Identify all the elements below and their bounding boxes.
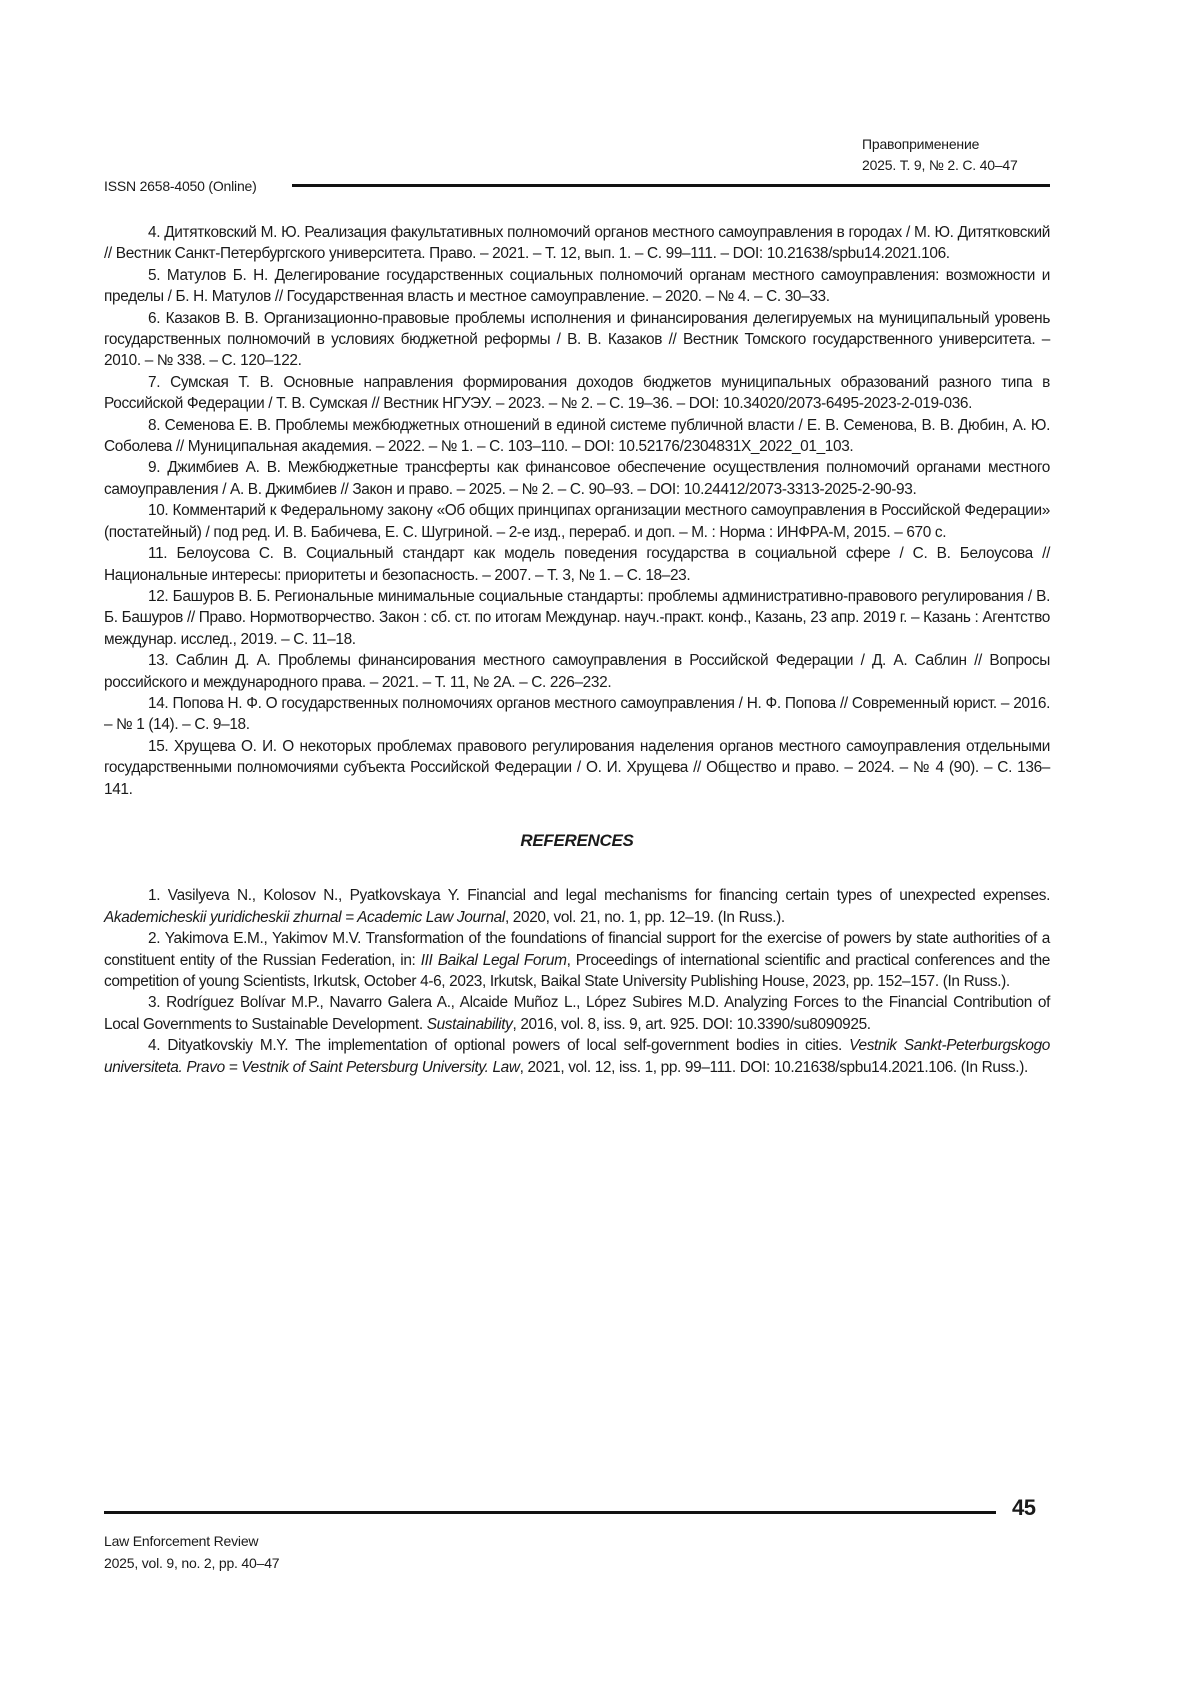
references-body: 4. Дитятковский М. Ю. Реализация факульт… xyxy=(104,222,1050,1078)
issue-info-en: 2025, vol. 9, no. 2, pp. 40–47 xyxy=(104,1552,279,1574)
footer-divider xyxy=(104,1511,996,1514)
reference-ru-item: 10. Комментарий к Федеральному закону «О… xyxy=(104,500,1050,543)
references-en-list: 1. Vasilyeva N., Kolosov N., Pyatkovskay… xyxy=(104,885,1050,1078)
reference-source-title: Sustainability xyxy=(427,1016,513,1033)
issue-info-ru: 2025. Т. 9, № 2. С. 40–47 xyxy=(862,155,1018,176)
journal-title-ru: Правоприменение xyxy=(862,134,1018,155)
running-footer: Law Enforcement Review 2025, vol. 9, no.… xyxy=(104,1530,279,1574)
header-divider xyxy=(292,184,1050,187)
reference-details: , 2016, vol. 8, iss. 9, art. 925. DOI: 1… xyxy=(512,1016,870,1033)
reference-en-item: 2. Yakimova E.M., Yakimov M.V. Transform… xyxy=(104,928,1050,992)
reference-text: 1. Vasilyeva N., Kolosov N., Pyatkovskay… xyxy=(148,887,1050,904)
reference-details: , 2021, vol. 12, iss. 1, pp. 99–111. DOI… xyxy=(520,1059,1028,1076)
reference-text: 4. Dityatkovskiy M.Y. The implementation… xyxy=(148,1037,849,1054)
reference-ru-item: 9. Джимбиев А. В. Межбюджетные трансферт… xyxy=(104,457,1050,500)
reference-ru-item: 12. Башуров В. Б. Региональные минимальн… xyxy=(104,586,1050,650)
journal-title-en: Law Enforcement Review xyxy=(104,1530,279,1552)
reference-ru-item: 8. Семенова Е. В. Проблемы межбюджетных … xyxy=(104,415,1050,458)
reference-ru-item: 5. Матулов Б. Н. Делегирование государст… xyxy=(104,265,1050,308)
page-number: 45 xyxy=(1012,1495,1035,1521)
reference-details: , 2020, vol. 21, no. 1, pp. 12–19. (In R… xyxy=(505,909,785,926)
reference-en-item: 4. Dityatkovskiy M.Y. The implementation… xyxy=(104,1035,1050,1078)
reference-source-title: Akademicheskii yuridicheskii zhurnal = A… xyxy=(104,909,505,926)
reference-ru-item: 14. Попова Н. Ф. О государственных полно… xyxy=(104,693,1050,736)
running-header-right: Правоприменение 2025. Т. 9, № 2. С. 40–4… xyxy=(862,134,1018,176)
issn-label: ISSN 2658-4050 (Online) xyxy=(104,176,257,197)
reference-ru-item: 6. Казаков В. В. Организационно-правовые… xyxy=(104,308,1050,372)
references-ru-list: 4. Дитятковский М. Ю. Реализация факульт… xyxy=(104,222,1050,800)
reference-en-item: 3. Rodríguez Bolívar M.P., Navarro Galer… xyxy=(104,992,1050,1035)
reference-ru-item: 7. Сумская Т. В. Основные направления фо… xyxy=(104,372,1050,415)
reference-source-title: III Baikal Legal Forum xyxy=(421,952,567,969)
reference-ru-item: 4. Дитятковский М. Ю. Реализация факульт… xyxy=(104,222,1050,265)
reference-en-item: 1. Vasilyeva N., Kolosov N., Pyatkovskay… xyxy=(104,885,1050,928)
reference-ru-item: 15. Хрущева О. И. О некоторых проблемах … xyxy=(104,736,1050,800)
references-en-heading: REFERENCES xyxy=(104,830,1050,851)
reference-ru-item: 13. Саблин Д. А. Проблемы финансирования… xyxy=(104,650,1050,693)
reference-ru-item: 11. Белоусова С. В. Социальный стандарт … xyxy=(104,543,1050,586)
